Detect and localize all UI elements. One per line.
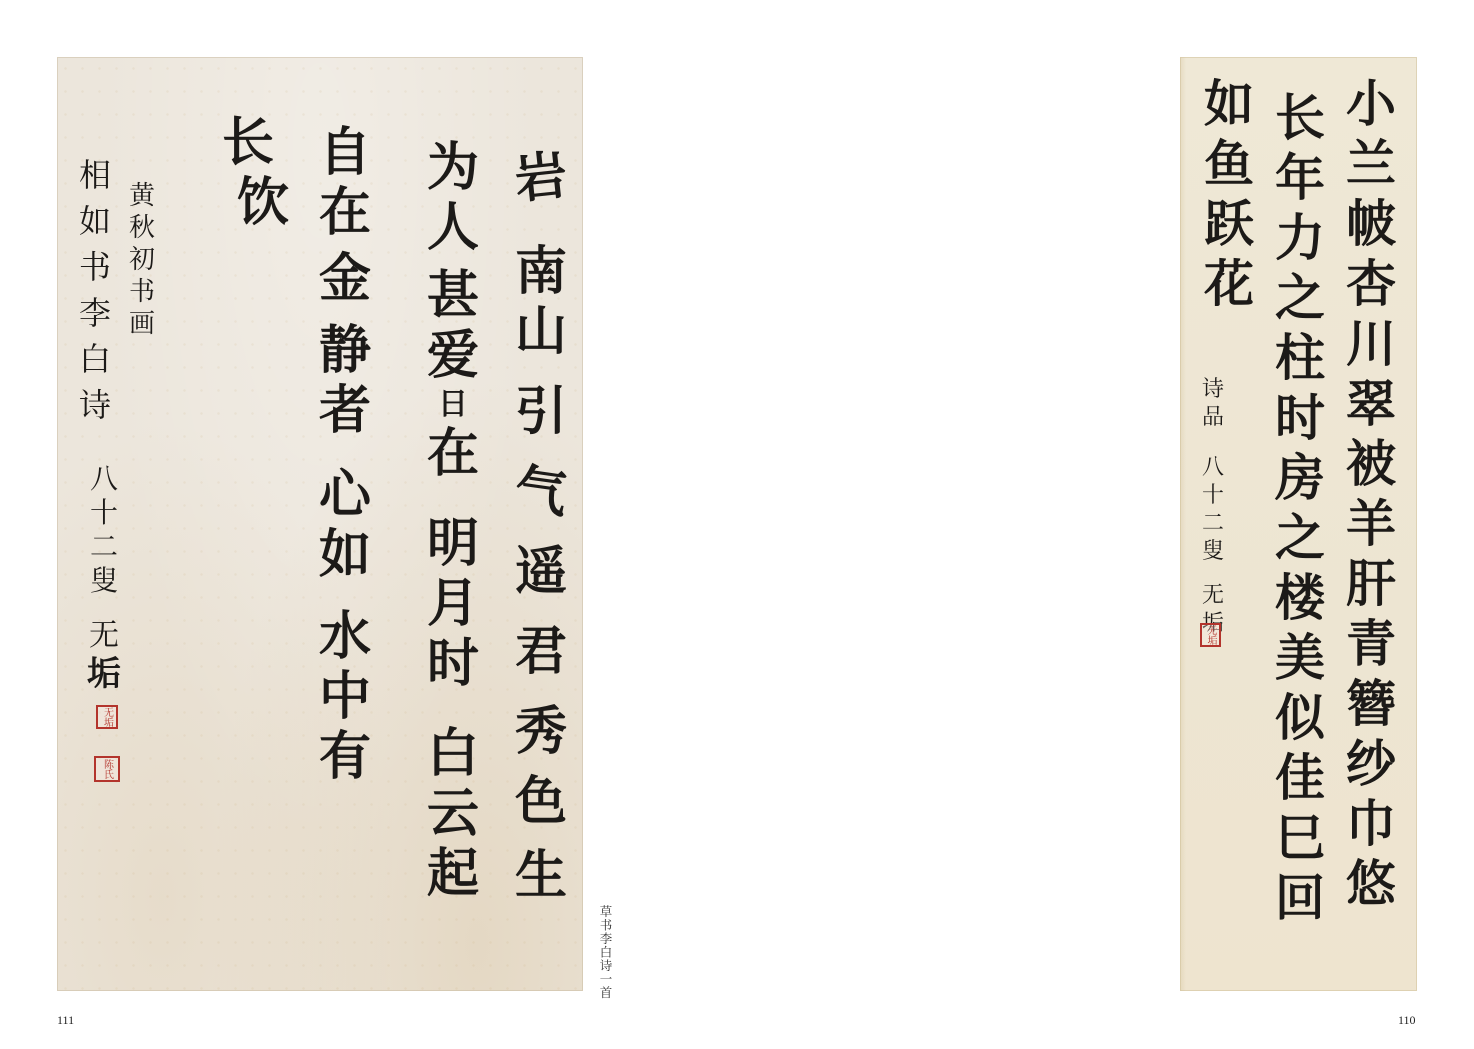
glyph: 白 <box>79 343 111 375</box>
glyph: 如 <box>1204 79 1254 129</box>
inscription-signature: 八 十 二 叟 无 垢 <box>87 465 121 697</box>
right-calligraphy-artwork: 小 兰 帔 杏 川 翠 被 羊 肝 青 簪 纱 巾 悠 长 年 力 之 柱 时 … <box>1180 57 1417 991</box>
glyph: 气 <box>512 463 571 522</box>
glyph: 初 <box>129 247 155 273</box>
glyph: 巳 <box>1275 813 1325 863</box>
page-number-right: 110 <box>1398 1013 1416 1028</box>
glyph: 在 <box>319 187 371 239</box>
glyph: 明 <box>427 518 479 570</box>
glyph: 时 <box>427 638 479 690</box>
glyph: 跃 <box>1204 199 1254 249</box>
glyph: 十 <box>90 499 118 527</box>
artwork-caption: 草书李白诗一首 <box>596 905 614 1000</box>
glyph: 相 <box>79 159 111 191</box>
glyph: 兰 <box>1346 139 1396 189</box>
glyph: 肝 <box>1346 559 1396 609</box>
main-column-3: 如 鱼 跃 花 <box>1204 79 1254 319</box>
glyph: 时 <box>1275 393 1325 443</box>
glyph: 无 <box>1202 585 1224 607</box>
glyph: 青 <box>1346 619 1396 669</box>
inscription-column-2: 相 如 书 李 白 诗 <box>79 159 111 435</box>
glyph: 画 <box>129 311 155 337</box>
glyph: 佳 <box>1275 753 1325 803</box>
glyph: 之 <box>1275 513 1325 563</box>
glyph: 力 <box>1275 213 1325 263</box>
glyph: 川 <box>1346 319 1396 369</box>
main-column-2: 长 年 力 之 柱 时 房 之 楼 美 似 佳 巳 回 <box>1275 93 1325 933</box>
glyph: 帔 <box>1346 199 1396 249</box>
glyph: 二 <box>1202 513 1224 535</box>
glyph: 如 <box>79 205 111 237</box>
seal-stamp-1: 无垢 <box>96 705 118 729</box>
seal-stamp-2: 陈氏 <box>94 756 120 782</box>
glyph: 柱 <box>1275 333 1325 383</box>
glyph: 李 <box>79 297 111 329</box>
glyph: 品 <box>1202 407 1224 429</box>
glyph: 巾 <box>1346 799 1396 849</box>
glyph: 黄 <box>129 183 155 209</box>
glyph: 在 <box>427 428 479 480</box>
left-calligraphy-artwork: 岩 南 山 引 气 遥 君 秀 色 生 为 人 甚 爱 日 在 明 月 时 白 … <box>57 57 583 991</box>
main-column-3: 自 在 金 静 者 心 如 水 中 有 <box>319 127 371 791</box>
glyph: 小 <box>1346 79 1396 129</box>
glyph: 书 <box>129 279 155 305</box>
glyph: 为 <box>427 142 479 194</box>
glyph: 房 <box>1275 453 1325 503</box>
glyph: 羊 <box>1346 499 1396 549</box>
glyph: 之 <box>1275 273 1325 323</box>
glyph: 秋 <box>129 215 155 241</box>
book-spread: 岩 南 山 引 气 遥 君 秀 色 生 为 人 甚 爱 日 在 明 月 时 白 … <box>0 0 1474 1049</box>
glyph: 日 <box>438 390 468 420</box>
glyph: 美 <box>1275 633 1325 683</box>
glyph: 者 <box>319 385 371 437</box>
glyph: 杏 <box>1346 259 1396 309</box>
glyph: 山 <box>515 306 567 358</box>
glyph: 岩 <box>512 149 569 206</box>
glyph: 白 <box>427 728 479 780</box>
glyph: 鱼 <box>1204 139 1254 189</box>
glyph: 遥 <box>515 546 567 598</box>
glyph: 人 <box>427 202 479 254</box>
main-column-1: 小 兰 帔 杏 川 翠 被 羊 肝 青 簪 纱 巾 悠 <box>1346 79 1396 919</box>
glyph: 翠 <box>1346 379 1396 429</box>
main-column-4: 长 饮 <box>207 117 289 237</box>
glyph: 叟 <box>90 567 118 595</box>
glyph: 诗 <box>1202 379 1224 401</box>
glyph: 垢 <box>87 657 121 691</box>
glyph: 有 <box>319 731 371 783</box>
glyph: 簪 <box>1346 679 1396 729</box>
glyph: 回 <box>1275 873 1325 923</box>
page-number-left: 111 <box>57 1013 74 1028</box>
glyph: 楼 <box>1275 573 1325 623</box>
inscription-column: 诗 品 八 十 二 叟 无 垢 <box>1202 379 1224 641</box>
glyph: 无 <box>89 621 119 651</box>
glyph: 八 <box>1202 457 1224 479</box>
glyph: 十 <box>1202 485 1224 507</box>
glyph: 水 <box>319 611 371 663</box>
glyph: 饮 <box>237 177 289 229</box>
glyph: 被 <box>1346 439 1396 489</box>
glyph: 悠 <box>1346 859 1396 909</box>
seal-stamp: 无垢 <box>1200 623 1221 647</box>
glyph: 君 <box>515 626 567 678</box>
inscription-column-1: 黄 秋 初 书 画 <box>129 183 155 343</box>
glyph: 诗 <box>79 389 111 421</box>
glyph: 花 <box>1204 259 1254 309</box>
glyph: 引 <box>515 386 567 438</box>
glyph: 八 <box>90 465 118 493</box>
main-column-2: 为 人 甚 爱 日 在 明 月 时 白 云 起 <box>427 142 479 908</box>
glyph: 纱 <box>1346 739 1396 789</box>
glyph: 生 <box>515 850 567 902</box>
glyph: 叟 <box>1202 541 1224 563</box>
glyph: 中 <box>319 671 371 723</box>
glyph: 心 <box>319 469 371 521</box>
glyph: 色 <box>515 776 567 828</box>
main-column-1: 岩 南 山 引 气 遥 君 秀 色 生 <box>515 152 567 910</box>
glyph: 云 <box>427 788 479 840</box>
glyph: 如 <box>319 529 371 581</box>
glyph: 长 <box>222 117 274 169</box>
glyph: 长 <box>1275 93 1325 143</box>
glyph: 爱 <box>427 330 479 382</box>
glyph: 年 <box>1275 153 1325 203</box>
glyph: 自 <box>319 127 371 179</box>
glyph: 秀 <box>515 706 567 758</box>
glyph: 南 <box>515 246 567 298</box>
glyph: 静 <box>319 325 371 377</box>
glyph: 月 <box>427 578 479 630</box>
glyph: 起 <box>427 848 479 900</box>
glyph: 二 <box>90 533 118 561</box>
glyph: 似 <box>1275 693 1325 743</box>
glyph: 金 <box>319 253 371 305</box>
glyph: 书 <box>79 251 111 283</box>
glyph: 甚 <box>427 270 479 322</box>
